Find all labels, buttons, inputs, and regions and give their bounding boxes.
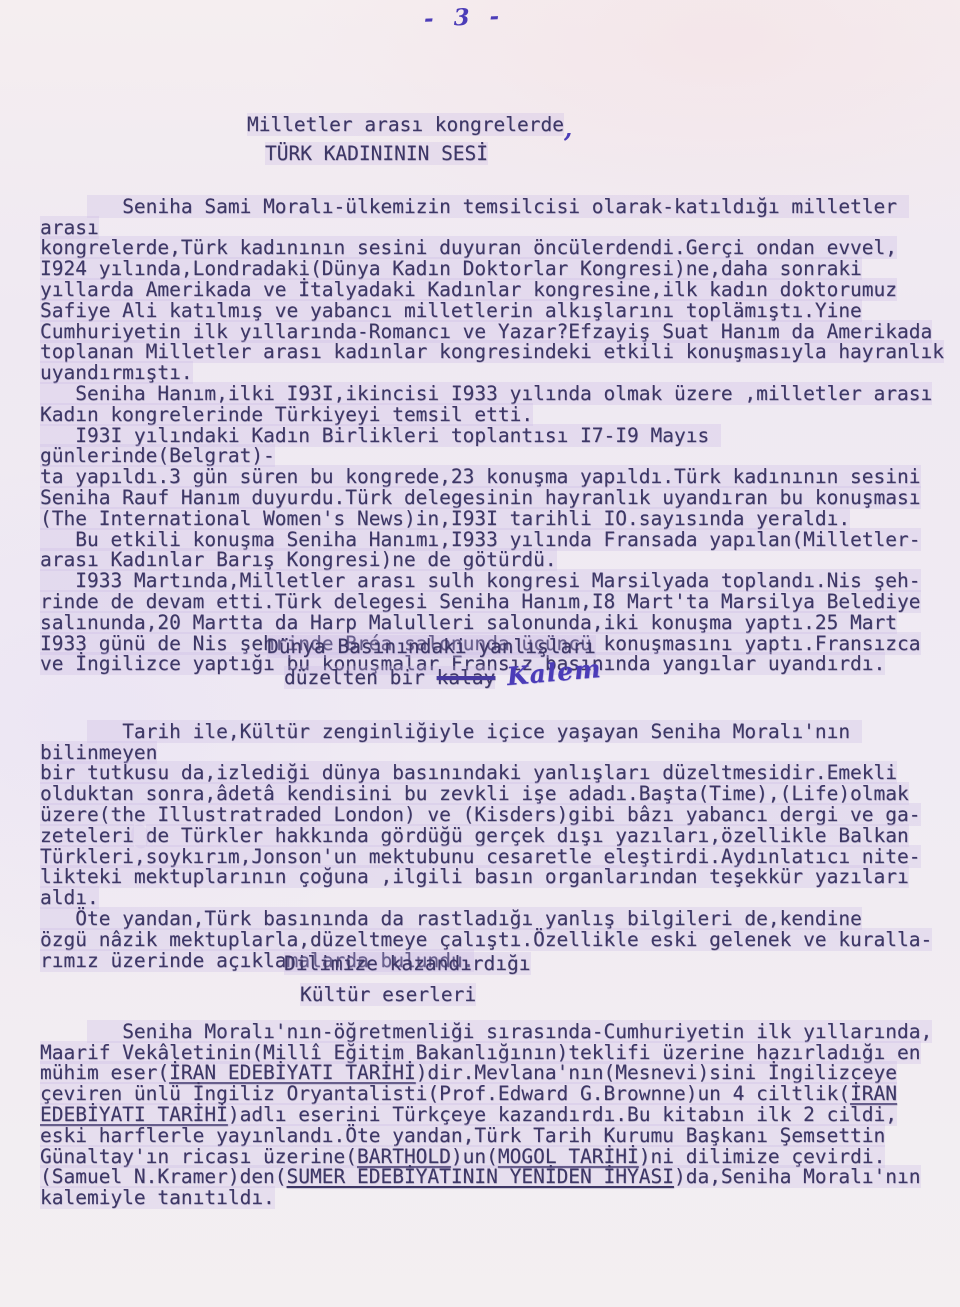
document-sheet: - 3 - Milletler arası kongrelerde, TÜRK …	[0, 0, 960, 1307]
subheading-press-line-2: düzelten bir kalayKalem	[237, 645, 602, 709]
paragraph-translated-works: Seniha Moralı'nın-öğretmenliği sırasında…	[40, 1001, 945, 1230]
page-number: - 3 -	[424, 3, 506, 33]
subheading-press-line-2-text: düzelten bir	[284, 666, 437, 689]
underline-iran-edebiyati-tarihi-1: İRAN EDEBİYATI TARİHİ	[169, 1061, 416, 1084]
title-line-2-text: TÜRK KADINININ SESİ	[265, 142, 488, 165]
handwritten-kalem-word: Kalem	[506, 659, 602, 688]
handwritten-comma: ,	[564, 119, 572, 140]
underline-sumer-edebiyati: SUMER EDEBİYATININ YENİDEN İHYASI	[287, 1165, 674, 1188]
paragraph-international-congresses-text: Seniha Sami Moralı-ülkemizin temsilcisi …	[40, 195, 944, 676]
strikethrough-word: kalay	[437, 666, 496, 689]
